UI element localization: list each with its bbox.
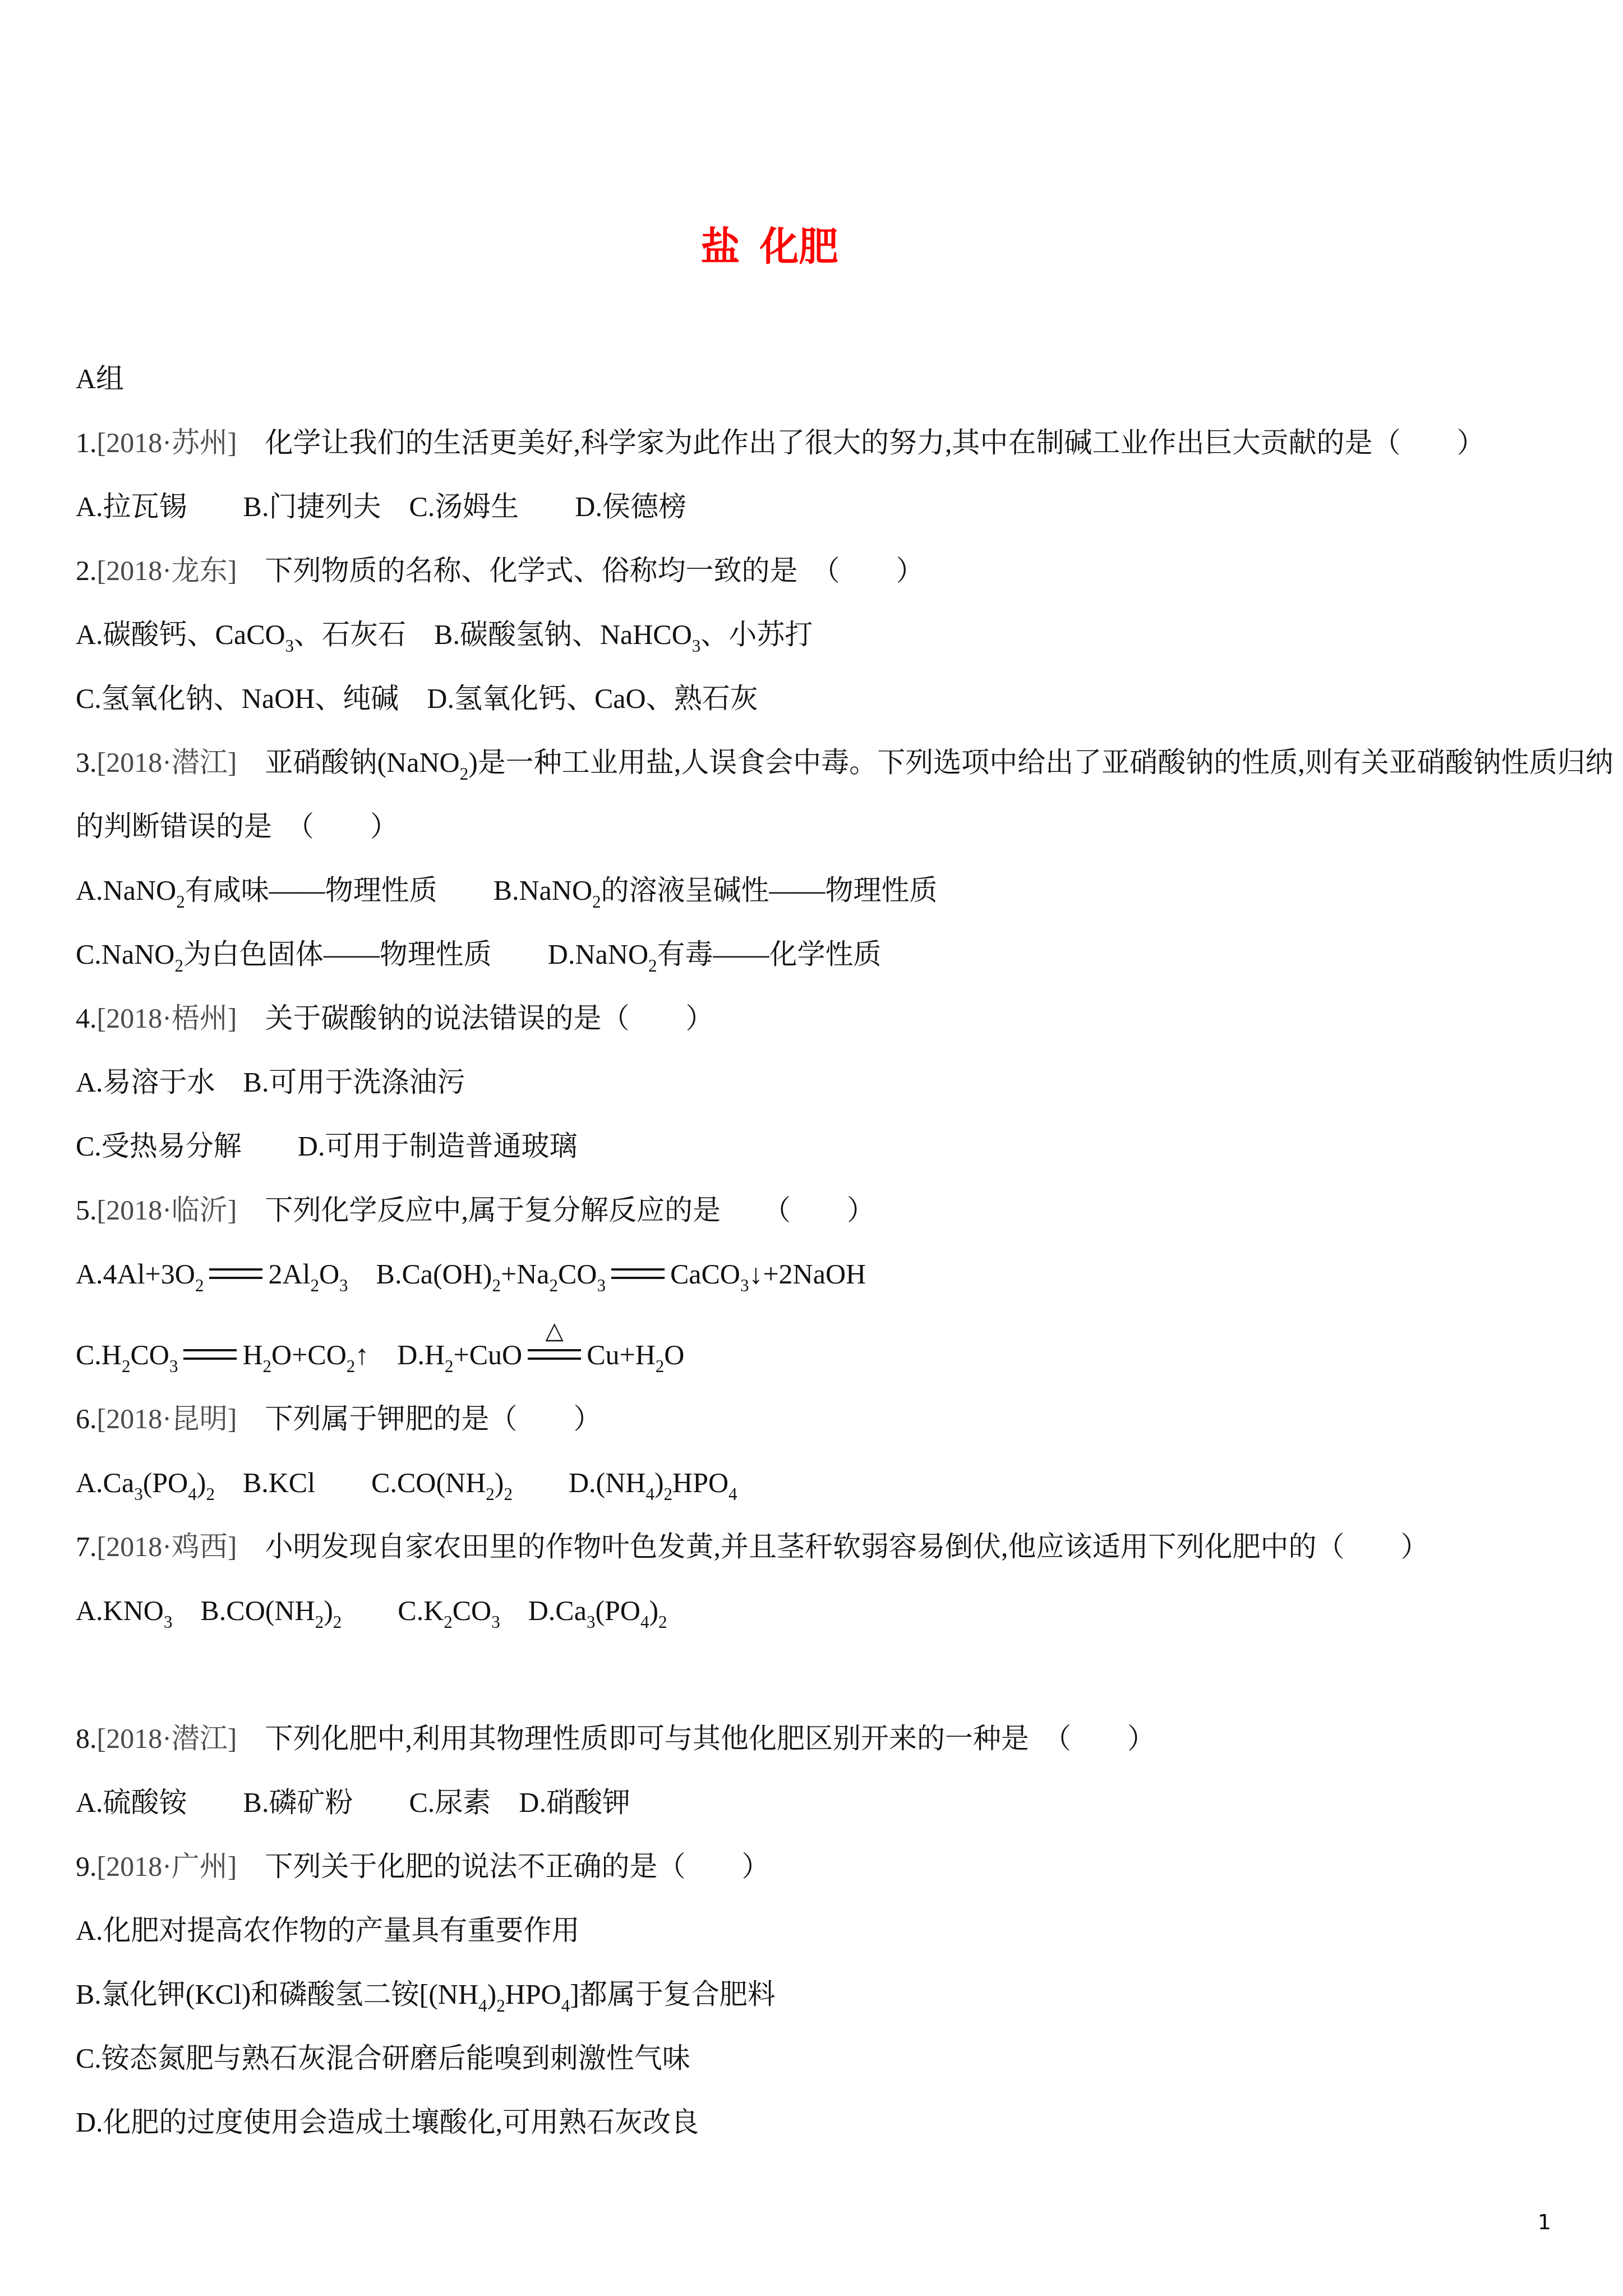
- question-number: 2.: [76, 555, 97, 586]
- question-text: 下列关于化肥的说法不正确的是（ ）: [237, 1851, 769, 1882]
- question-text: 下列化肥中,利用其物理性质即可与其他化肥区别开来的一种是 （ ）: [237, 1723, 1155, 1754]
- question-3-stem: 3.[2018·潜江] 亚硝酸钠(NaNO2)是一种工业用盐,人误食会中毒。下列…: [76, 730, 1615, 858]
- question-text: 下列化学反应中,属于复分解反应的是 （ ）: [237, 1194, 875, 1226]
- source-tag: [2018·龙东]: [97, 555, 237, 586]
- source-tag: [2018·苏州]: [97, 427, 237, 458]
- question-9-option-b: B.氯化钾(KCl)和磷酸氢二铵[(NH4)2HPO4]都属于复合肥料: [76, 1962, 1615, 2026]
- source-tag: [2018·昆明]: [97, 1403, 237, 1434]
- question-8-options: A.硫酸铵 B.磷矿粉 C.尿素 D.硝酸钾: [76, 1770, 1615, 1834]
- question-5-stem: 5.[2018·临沂] 下列化学反应中,属于复分解反应的是 （ ）: [76, 1178, 1615, 1242]
- page-title: 盐 化肥: [0, 0, 1623, 268]
- question-number: 5.: [76, 1194, 97, 1226]
- question-number: 3.: [76, 747, 97, 778]
- question-number: 4.: [76, 1002, 97, 1034]
- question-number: 9.: [76, 1851, 97, 1882]
- question-8-stem: 8.[2018·潜江] 下列化肥中,利用其物理性质即可与其他化肥区别开来的一种是…: [76, 1706, 1615, 1770]
- question-6-options: A.Ca3(PO4)2 B.KCl C.CO(NH2)2 D.(NH4)2HPO…: [76, 1451, 1615, 1515]
- page-number: 1: [1538, 2211, 1551, 2233]
- source-tag: [2018·潜江]: [97, 1723, 237, 1754]
- equals-sign: [209, 1268, 262, 1279]
- question-7-options: A.KNO3 B.CO(NH2)2 C.K2CO3 D.Ca3(PO4)2: [76, 1579, 1615, 1642]
- question-number: 1.: [76, 427, 97, 458]
- question-5-options-cd: C.H2CO3H2O+CO2↑ D.H2+CuO△Cu+H2O: [76, 1323, 1615, 1387]
- question-number: 8.: [76, 1723, 97, 1754]
- group-label: A组: [76, 347, 1615, 411]
- question-5-options-ab: A.4Al+3O22Al2O3 B.Ca(OH)2+Na2CO3CaCO3↓+2…: [76, 1242, 1615, 1306]
- source-tag: [2018·广州]: [97, 1851, 237, 1882]
- question-6-stem: 6.[2018·昆明] 下列属于钾肥的是（ ）: [76, 1387, 1615, 1451]
- question-text: 下列属于钾肥的是（ ）: [237, 1403, 601, 1434]
- question-9-stem: 9.[2018·广州] 下列关于化肥的说法不正确的是（ ）: [76, 1834, 1615, 1898]
- source-tag: [2018·鸡西]: [97, 1531, 237, 1562]
- question-number: 6.: [76, 1403, 97, 1434]
- exam-page: 盐 化肥 A组 1.[2018·苏州] 化学让我们的生活更美好,科学家为此作出了…: [0, 0, 1623, 2296]
- question-3-options-ab: A.NaNO2有咸味——物理性质 B.NaNO2的溶液呈碱性——物理性质: [76, 858, 1615, 922]
- equals-sign: [183, 1349, 237, 1360]
- source-tag: [2018·临沂]: [97, 1194, 237, 1226]
- question-number: 7.: [76, 1531, 97, 1562]
- questions-area: A组 1.[2018·苏州] 化学让我们的生活更美好,科学家为此作出了很大的努力…: [76, 347, 1615, 2154]
- question-1-options: A.拉瓦锡 B.门捷列夫 C.汤姆生 D.侯德榜: [76, 475, 1615, 539]
- question-2-stem: 2.[2018·龙东] 下列物质的名称、化学式、俗称均一致的是 （ ）: [76, 539, 1615, 602]
- delta-triangle-icon: △: [546, 1319, 564, 1342]
- question-9-option-d: D.化肥的过度使用会造成土壤酸化,可用熟石灰改良: [76, 2090, 1615, 2154]
- question-9-option-c: C.铵态氮肥与熟石灰混合研磨后能嗅到刺激性气味: [76, 2026, 1615, 2090]
- question-4-options-cd: C.受热易分解 D.可用于制造普通玻璃: [76, 1114, 1615, 1178]
- source-tag: [2018·潜江]: [97, 747, 237, 778]
- source-tag: [2018·梧州]: [97, 1002, 237, 1034]
- question-2-options-cd: C.氢氧化钠、NaOH、纯碱 D.氢氧化钙、CaO、熟石灰: [76, 666, 1615, 730]
- question-2-options-ab: A.碳酸钙、CaCO3、石灰石 B.碳酸氢钠、NaHCO3、小苏打: [76, 602, 1615, 666]
- question-text: 化学让我们的生活更美好,科学家为此作出了很大的努力,其中在制碱工业作出巨大贡献的…: [237, 427, 1484, 458]
- question-text: 关于碳酸钠的说法错误的是（ ）: [237, 1002, 713, 1034]
- question-4-options-ab: A.易溶于水 B.可用于洗涤油污: [76, 1050, 1615, 1114]
- question-1-stem: 1.[2018·苏州] 化学让我们的生活更美好,科学家为此作出了很大的努力,其中…: [76, 411, 1615, 475]
- equals-sign: [611, 1268, 665, 1279]
- question-9-option-a: A.化肥对提高农作物的产量具有重要作用: [76, 1898, 1615, 1962]
- question-text: 下列物质的名称、化学式、俗称均一致的是 （ ）: [237, 555, 924, 586]
- question-text: 小明发现自家农田里的作物叶色发黄,并且茎秆软弱容易倒伏,他应该适用下列化肥中的（…: [237, 1531, 1428, 1562]
- equals-sign-delta: △: [528, 1349, 581, 1360]
- question-text: 亚硝酸钠(NaNO2)是一种工业用盐,人误食会中毒。下列选项中给出了亚硝酸钠的性…: [76, 747, 1613, 842]
- question-4-stem: 4.[2018·梧州] 关于碳酸钠的说法错误的是（ ）: [76, 986, 1615, 1050]
- question-3-options-cd: C.NaNO2为白色固体——物理性质 D.NaNO2有毒——化学性质: [76, 922, 1615, 986]
- question-7-stem: 7.[2018·鸡西] 小明发现自家农田里的作物叶色发黄,并且茎秆软弱容易倒伏,…: [76, 1515, 1615, 1579]
